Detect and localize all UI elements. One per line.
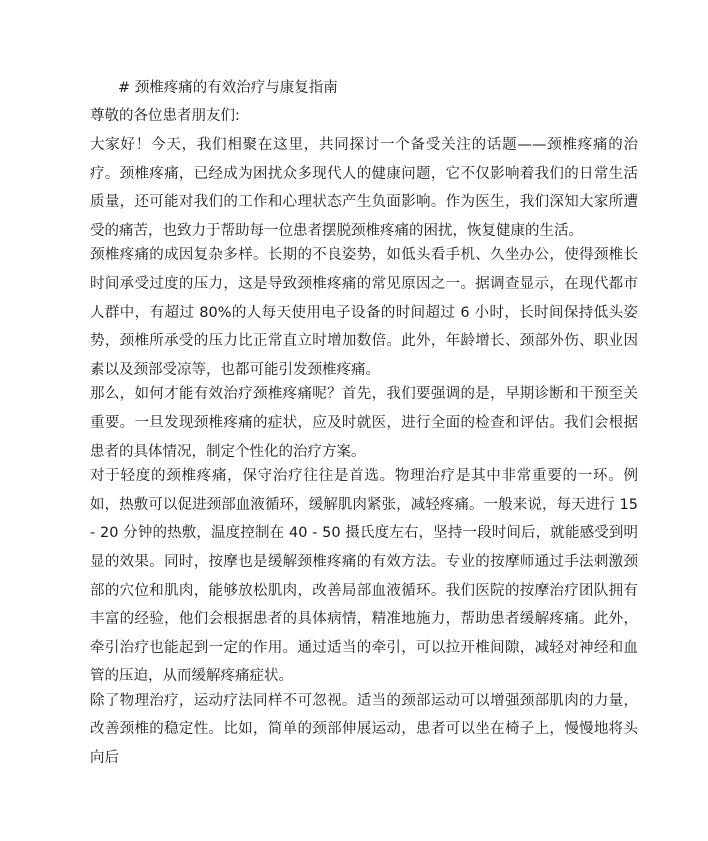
paragraph-greeting: 大家好！今天，我们相聚在这里，共同探讨一个备受关注的话题——颈椎疼痛的治疗。颈椎… bbox=[90, 131, 638, 245]
salutation: 尊敬的各位患者朋友们: bbox=[90, 103, 638, 129]
paragraph-early-diagnosis: 那么，如何才能有效治疗颈椎疼痛呢？首先，我们要强调的是，早期诊断和干预至关重要。… bbox=[90, 380, 638, 466]
paragraph-exercise-therapy: 除了物理治疗，运动疗法同样不可忽视。适当的颈部运动可以增强颈部肌肉的力量，改善颈… bbox=[90, 687, 638, 773]
document-title: # 颈椎疼痛的有效治疗与康复指南 bbox=[90, 76, 638, 100]
paragraph-physical-therapy: 对于轻度的颈椎疼痛，保守治疗往往是首选。物理治疗是其中非常重要的一环。例如，热敷… bbox=[90, 462, 638, 691]
paragraph-causes: 颈椎疼痛的成因复杂多样。长期的不良姿势，如低头看手机、久坐办公，使得颈椎长时间承… bbox=[90, 241, 638, 384]
document-page: # 颈椎疼痛的有效治疗与康复指南 尊敬的各位患者朋友们: 大家好！今天，我们相聚… bbox=[90, 76, 638, 769]
